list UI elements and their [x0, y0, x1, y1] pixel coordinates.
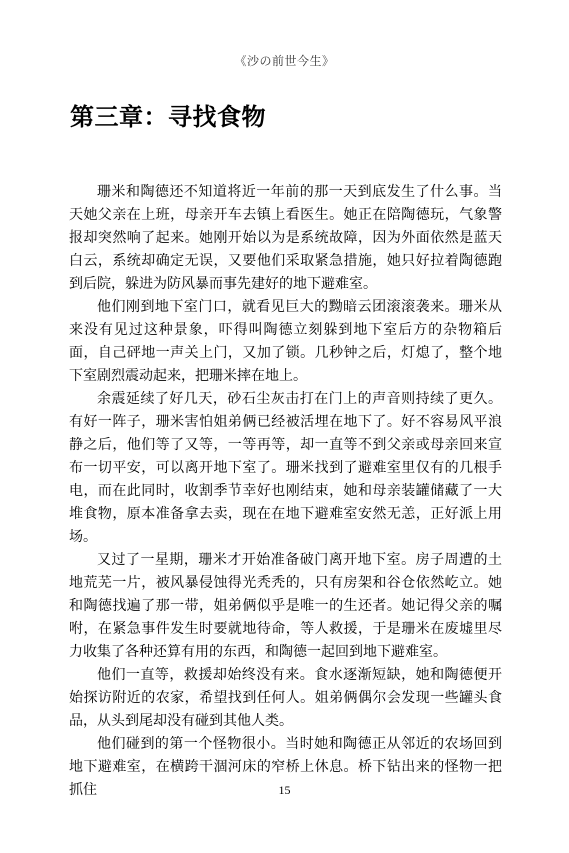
paragraph-4: 又过了一星期，珊米才开始准备破门离开地下室。房子周遭的土地荒芜一片，被风暴侵蚀得… — [69, 549, 502, 664]
paragraph-2: 他们刚到地下室门口，就看见巨大的黝暗云团滚滚袭来。珊米从来没有见过这种景象，吓得… — [69, 296, 502, 388]
page-number: 15 — [0, 783, 569, 798]
paragraph-1: 珊米和陶德还不知道将近一年前的那一天到底发生了什么事。当天她父亲在上班，母亲开车… — [69, 181, 502, 296]
chapter-title: 第三章：寻找食物 — [70, 101, 266, 135]
paragraph-3: 余震延续了好几天，砂石尘灰击打在门上的声音则持续了更久。有好一阵子，珊米害怕姐弟… — [69, 388, 502, 549]
paragraph-5: 他们一直等，救援却始终没有来。食水逐渐短缺，她和陶德便开始探访附近的农家，希望找… — [69, 664, 502, 733]
chapter-body: 珊米和陶德还不知道将近一年前的那一天到底发生了什么事。当天她父亲在上班，母亲开车… — [69, 181, 502, 802]
book-title-header: 《沙の前世今生》 — [0, 52, 569, 69]
